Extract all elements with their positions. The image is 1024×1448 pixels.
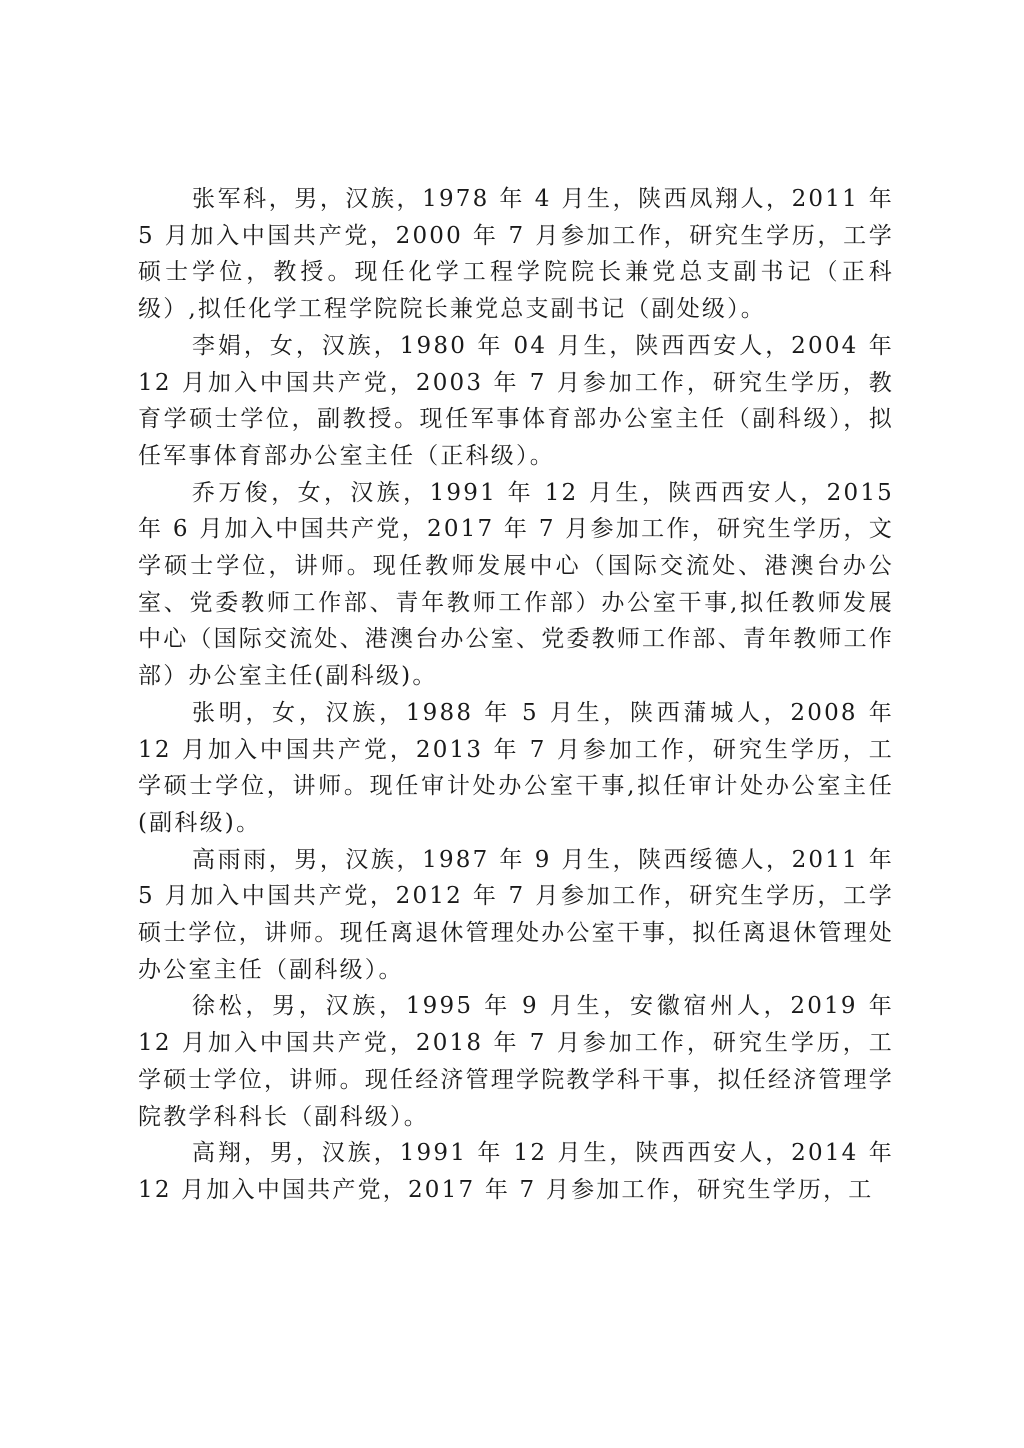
paragraph-zhang-junke: 张军科，男，汉族，1978 年 4 月生，陕西凤翔人，2011 年 5 月加入中… bbox=[138, 181, 894, 328]
paragraph-gao-xiang: 高翔，男，汉族，1991 年 12 月生，陕西西安人，2014 年 12 月加入… bbox=[138, 1135, 894, 1208]
paragraph-xu-song: 徐松，男，汉族，1995 年 9 月生，安徽宿州人，2019 年 12 月加入中… bbox=[138, 988, 894, 1135]
document-page: 张军科，男，汉族，1978 年 4 月生，陕西凤翔人，2011 年 5 月加入中… bbox=[138, 181, 894, 1209]
paragraph-zhang-ming: 张明，女，汉族，1988 年 5 月生，陕西蒲城人，2008 年 12 月加入中… bbox=[138, 695, 894, 842]
paragraph-li-juan: 李娟，女，汉族，1980 年 04 月生，陕西西安人，2004 年 12 月加入… bbox=[138, 328, 894, 475]
paragraph-qiao-wanjun: 乔万俊，女，汉族，1991 年 12 月生，陕西西安人，2015 年 6 月加入… bbox=[138, 475, 894, 695]
paragraph-gao-yuyu: 高雨雨，男，汉族，1987 年 9 月生，陕西绥德人，2011 年 5 月加入中… bbox=[138, 842, 894, 989]
